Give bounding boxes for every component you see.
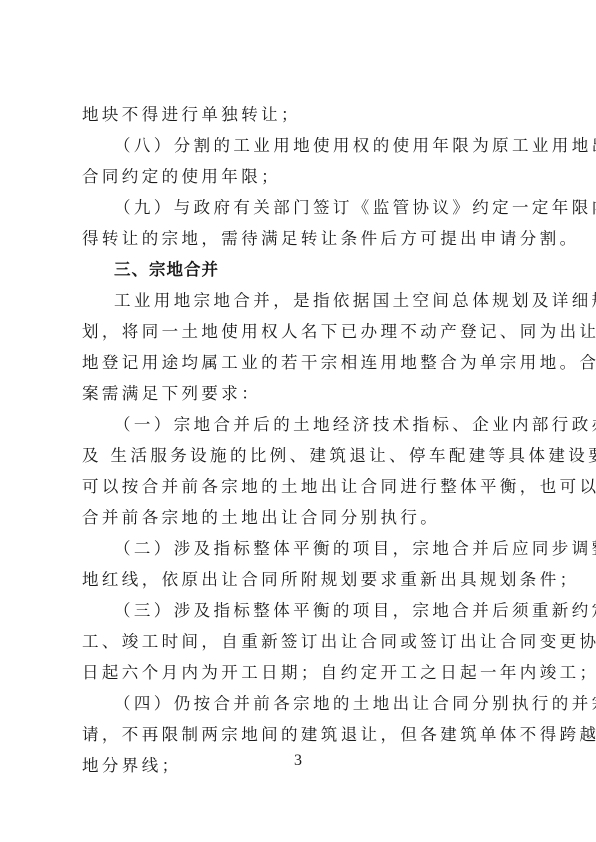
text-line: 日起六个月内为开工日期；自约定开工之日起一年内竣工；	[82, 661, 524, 685]
text-line: 得转让的宗地，需待满足转让条件后方可提出申请分割。	[82, 227, 524, 251]
page-number: 3	[0, 752, 596, 770]
text-line: 工、竣工时间，自重新签订出让合同或签订出让合同变更协议之	[82, 630, 524, 654]
text-line: 地红线，依原出让合同所附规划要求重新出具规划条件；	[82, 568, 524, 592]
text-line: 划，将同一土地使用权人名下已办理不动产登记、同为出让且土	[82, 320, 524, 344]
text-line: 合并前各宗地的土地出让合同分别执行。	[82, 506, 524, 530]
text-line: 地块不得进行单独转让；	[82, 103, 524, 127]
text-line: 及 生活服务设施的比例、建筑退让、停车配建等具体建设要求	[82, 444, 524, 468]
text-line: 工业用地宗地合并，是指依据国土空间总体规划及详细规	[114, 289, 524, 313]
text-line: 可以按合并前各宗地的土地出让合同进行整体平衡，也可以仍按	[82, 475, 524, 499]
text-line: 案需满足下列要求：	[82, 382, 524, 406]
text-line: （一）宗地合并后的土地经济技术指标、企业内部行政办公	[114, 413, 524, 437]
text-line: （四）仍按合并前各宗地的土地出让合同分别执行的并宗申	[114, 692, 524, 716]
text-line: 请，不再限制两宗地间的建筑退让，但各建筑单体不得跨越原宗	[82, 723, 524, 747]
text-line: （九）与政府有关部门签订《监管协议》约定一定年限内不	[114, 196, 524, 220]
section-heading: 三、宗地合并	[114, 258, 524, 282]
text-line: 地登记用途均属工业的若干宗相连用地整合为单宗用地。合并方	[82, 351, 524, 375]
text-line: （二）涉及指标整体平衡的项目，宗地合并后应同步调整用	[114, 537, 524, 561]
text-line: （八）分割的工业用地使用权的使用年限为原工业用地出让	[114, 134, 524, 158]
text-line: （三）涉及指标整体平衡的项目，宗地合并后须重新约定开	[114, 599, 524, 623]
document-page: 地块不得进行单独转让；（八）分割的工业用地使用权的使用年限为原工业用地出让合同约…	[0, 0, 596, 842]
text-line: 合同约定的使用年限；	[82, 165, 524, 189]
